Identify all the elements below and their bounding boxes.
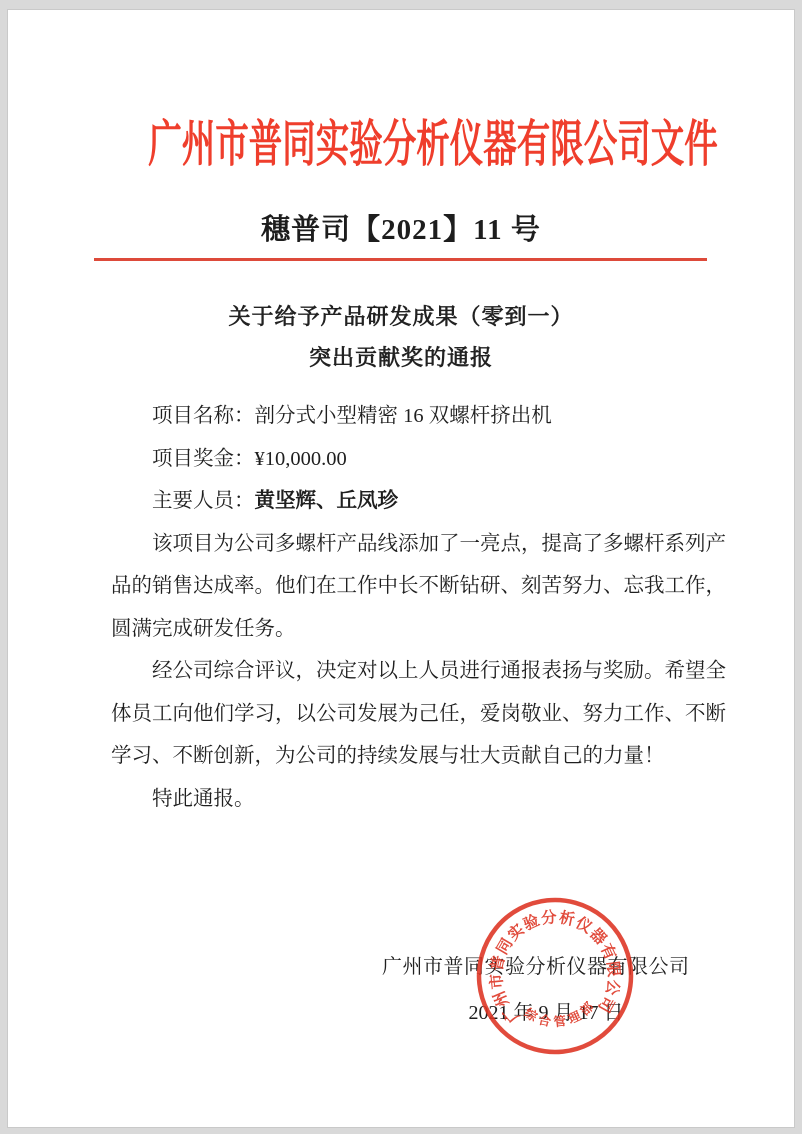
document-number: 穗普司【2021】11 号 <box>8 207 794 248</box>
paragraph2-line2: 体员工向他们学习，以公司发展为己任，爱岗敬业、努力工作、不断 <box>111 693 711 736</box>
document-page: 广州市普同实验分析仪器有限公司文件 穗普司【2021】11 号 关于给予产品研发… <box>7 9 795 1128</box>
field-project-bonus-value: ¥10,000.00 <box>255 448 347 470</box>
document-title-line1: 关于给予产品研发成果（零到一） <box>8 300 794 331</box>
field-project-name-value: 剖分式小型精密 16 双螺杆挤出机 <box>255 405 552 427</box>
letterhead-org-title-text: 广州市普同实验分析仪器有限公司文件 <box>148 114 718 174</box>
paragraph1-line3: 圆满完成研发任务。 <box>111 608 711 651</box>
field-project-bonus: 项目奖金：¥10,000.00 <box>111 438 711 481</box>
scanned-document-viewport: { "document": { "org_title": "广州市普同实验分析仪… <box>0 0 802 1134</box>
paragraph1-line2: 品的销售达成率。他们在工作中长不断钻研、刻苦努力、忘我工作， <box>111 565 711 608</box>
field-project-name-label: 项目名称： <box>152 405 255 427</box>
paragraph2-line3: 学习、不断创新，为公司的持续发展与壮大贡献自己的力量！ <box>111 735 711 778</box>
seal-ring-char: 限 <box>603 960 624 978</box>
seal-ring-char: 司 <box>595 993 619 1016</box>
paragraph1-line1: 该项目为公司多螺杆产品线添加了一亮点，提高了多螺杆系列产 <box>111 523 711 566</box>
seal-ring-char: 市 <box>486 972 506 990</box>
field-project-bonus-label: 项目奖金： <box>152 448 255 470</box>
field-key-personnel-value: 黄坚辉、丘凤珍 <box>255 490 399 512</box>
red-divider-line <box>94 258 707 261</box>
letterhead-org-title: 广州市普同实验分析仪器有限公司文件 <box>8 114 794 187</box>
seal-ring-char: 分 <box>540 907 558 928</box>
company-seal-stamp: 广州市普同实验分析仪器有限公司 综合管理部 <box>467 888 643 1064</box>
closing-line: 特此通报。 <box>111 778 711 821</box>
field-key-personnel-label: 主要人员： <box>152 490 255 512</box>
field-project-name: 项目名称：剖分式小型精密 16 双螺杆挤出机 <box>111 395 711 438</box>
document-body: 项目名称：剖分式小型精密 16 双螺杆挤出机 项目奖金：¥10,000.00 主… <box>111 395 711 820</box>
paragraph2-line1: 经公司综合评议，决定对以上人员进行通报表扬与奖励。希望全 <box>111 650 711 693</box>
document-title-line2: 突出贡献奖的通报 <box>8 341 794 372</box>
seal-group: 广州市普同实验分析仪器有限公司 综合管理部 <box>471 892 638 1059</box>
seal-bottom-text: 综合管理部 <box>520 998 598 1033</box>
field-key-personnel: 主要人员：黄坚辉、丘凤珍 <box>111 480 711 523</box>
seal-bottom-char: 合 <box>537 1012 553 1030</box>
seal-bottom-char: 管 <box>553 1013 567 1029</box>
